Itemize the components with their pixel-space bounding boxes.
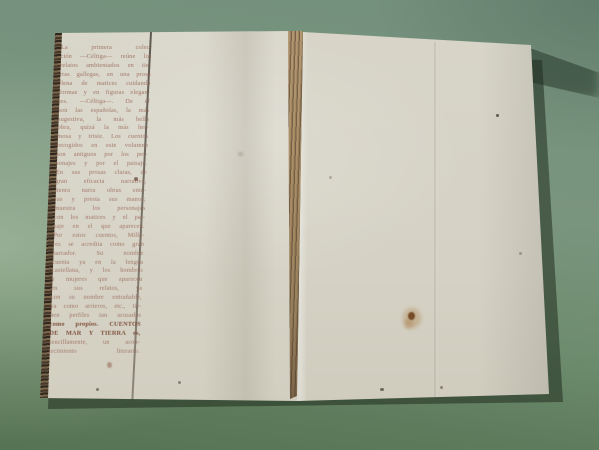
blurb-text-line: sonajes y por el paisaje. bbox=[56, 160, 147, 169]
blurb-text-line: Por estos cuentos, Milla- bbox=[53, 232, 144, 241]
blurb-text-line: castellana, y los hombres bbox=[52, 267, 143, 276]
blurb-text-line: sencillamente, un acon- bbox=[49, 339, 140, 348]
blurb-text-line: relatos ambientados en tie- bbox=[60, 62, 151, 71]
blurb-text-line: ya como arrieros, etc., tie- bbox=[50, 303, 141, 312]
blurb-text-line: La primera colec- bbox=[61, 44, 152, 53]
blurb-text-line: nen perfiles tan acusados bbox=[50, 312, 141, 321]
blurb-text-line: obra, quizá la más her- bbox=[57, 124, 148, 133]
photo-open-book: La primera colec-ción —Céltiga— reúne lo… bbox=[0, 0, 599, 450]
blurb-text-line: cuenta ya en la lengua bbox=[52, 259, 143, 268]
blurb-text-line: y mujeres que aparecen bbox=[51, 276, 142, 285]
blurb-text-line: en sus relatos, ya bbox=[51, 285, 142, 294]
blurb-text-line: mosa y triste. Los cuentos bbox=[57, 133, 148, 142]
blurb-text-line: En sus prosas claras, de bbox=[56, 169, 147, 178]
blurb-text-line: tecimiento literario. bbox=[48, 348, 139, 357]
blurb-text-line: narrador. Su nombre bbox=[52, 250, 143, 259]
blurb-text-line: ción —Céltiga— reúne los bbox=[60, 53, 151, 62]
blurb-text-line: sugestiva, la más bella bbox=[58, 116, 149, 125]
blurb-text-line: muestra los personajes bbox=[54, 205, 145, 214]
blurb-text-line: son antiguos por los per- bbox=[56, 151, 147, 160]
right-page-crease bbox=[434, 42, 436, 398]
blurb-text-line: formas y en figuras elegan- bbox=[59, 89, 150, 98]
blurb-text-line: rras gallegas, en una prosa bbox=[60, 71, 151, 80]
blurb-text-line: con los matices y el pai- bbox=[54, 214, 145, 223]
blurb-text-line: tes. —Céltiga—. De él bbox=[58, 98, 149, 107]
blurb-text-line: recogidos en este volumen bbox=[57, 142, 148, 151]
blurb-text-line: como propios. CUENTOS bbox=[50, 321, 141, 330]
blurb-text-line: Senra narra obras ente- bbox=[55, 187, 146, 196]
blurb-text-line: llena de matices cuidando bbox=[59, 80, 150, 89]
blurb-text-line: gran eficacia narrativa, bbox=[55, 178, 146, 187]
blurb-text-line: DE MAR Y TIERRA es, bbox=[49, 330, 140, 339]
blurb-text-line: con su nombre entrañable, bbox=[51, 294, 142, 303]
blurb-text-line: res se acredita como gran bbox=[53, 241, 144, 250]
blurb-text-line: son las españolas, la más bbox=[58, 107, 149, 116]
blurb-text-line: saje en el que aparecen. bbox=[53, 223, 144, 232]
flap-blurb-text: La primera colec-ción —Céltiga— reúne lo… bbox=[48, 44, 152, 357]
blurb-text-line: ras y presta sus manos; bbox=[55, 196, 146, 205]
